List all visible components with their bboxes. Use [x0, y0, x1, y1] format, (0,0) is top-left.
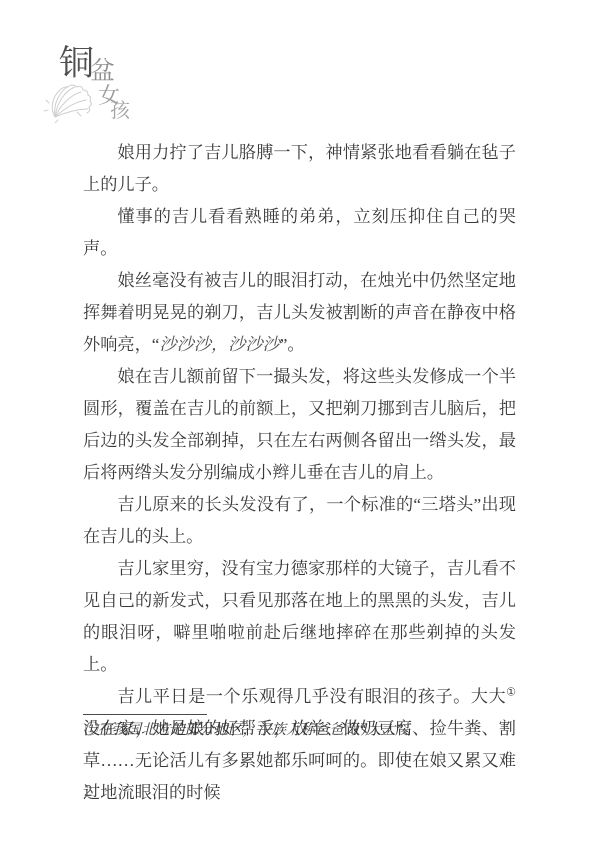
paragraph-4: 娘在吉儿额前留下一撮头发，将这些头发修成一个半圆形，覆盖在吉儿的前额上，又把剃刀…: [83, 361, 516, 489]
footnote-marker: ①: [83, 722, 98, 738]
logo-char-tong: 铜: [59, 46, 94, 81]
paragraph-text: 吉儿原来的长头发没有了，一个标准的“三塔头”出现在吉儿的头上。: [83, 495, 516, 546]
paragraph-1: 娘用力拧了吉儿胳膊一下，神情紧张地看看躺在毡子上的儿子。: [83, 137, 516, 201]
body-text: 娘用力拧了吉儿胳膊一下，神情紧张地看看躺在毡子上的儿子。 懂事的吉儿看看熟睡的弟…: [83, 137, 516, 809]
onomatopoeia-text: 沙沙沙，沙沙沙: [159, 335, 279, 354]
page-number: 2: [84, 781, 93, 801]
book-page: 铜 盆 女 孩 娘用力拧了吉儿胳膊一下，神情紧张地看看躺在毡子上的儿子。 懂事的…: [0, 0, 600, 861]
footnote-divider: [83, 714, 207, 715]
paragraph-text: 懂事的吉儿看看熟睡的弟弟，立刻压抑住自己的哭声。: [83, 207, 516, 258]
paragraph-2: 懂事的吉儿看看熟睡的弟弟，立刻压抑住自己的哭声。: [83, 201, 516, 265]
footnote: ①在我国北方的部分地区，汉族人称爸爸为“大大”。: [83, 714, 516, 741]
paragraph-text: 娘用力拧了吉儿胳膊一下，神情紧张地看看躺在毡子上的儿子。: [83, 143, 516, 194]
paragraph-3: 娘丝毫没有被吉儿的眼泪打动，在烛光中仍然坚定地挥舞着明晃晃的剃刀，吉儿头发被割断…: [83, 265, 516, 361]
logo-char-hai: 孩: [110, 101, 130, 121]
fan-sketch-icon: [43, 79, 95, 123]
paragraph-text: ”。: [280, 335, 305, 354]
logo-char-pen: 盆: [90, 59, 115, 84]
paragraph-5: 吉儿原来的长头发没有了，一个标准的“三塔头”出现在吉儿的头上。: [83, 489, 516, 553]
paragraph-6: 吉儿家里穷，没有宝力德家那样的大镜子，吉儿看不见自己的新发式，只看见那落在地上的…: [83, 553, 516, 681]
footnote-reference: ①: [506, 686, 516, 698]
paragraph-text: 吉儿平日是一个乐观得几乎没有眼泪的孩子。大大: [117, 687, 506, 706]
paragraph-text: 娘在吉儿额前留下一撮头发，将这些头发修成一个半圆形，覆盖在吉儿的前额上，又把剃刀…: [83, 367, 516, 482]
footnote-text: ①在我国北方的部分地区，汉族人称爸爸为“大大”。: [83, 719, 516, 741]
paragraph-7: 吉儿平日是一个乐观得几乎没有眼泪的孩子。大大①没在家，她是娘的好帮手，放羊、做奶…: [83, 681, 516, 809]
book-logo: 铜 盆 女 孩: [0, 0, 180, 140]
footnote-body: 在我国北方的部分地区，汉族人称爸爸为“大大”。: [98, 722, 419, 738]
paragraph-text: 吉儿家里穷，没有宝力德家那样的大镜子，吉儿看不见自己的新发式，只看见那落在地上的…: [83, 559, 516, 674]
